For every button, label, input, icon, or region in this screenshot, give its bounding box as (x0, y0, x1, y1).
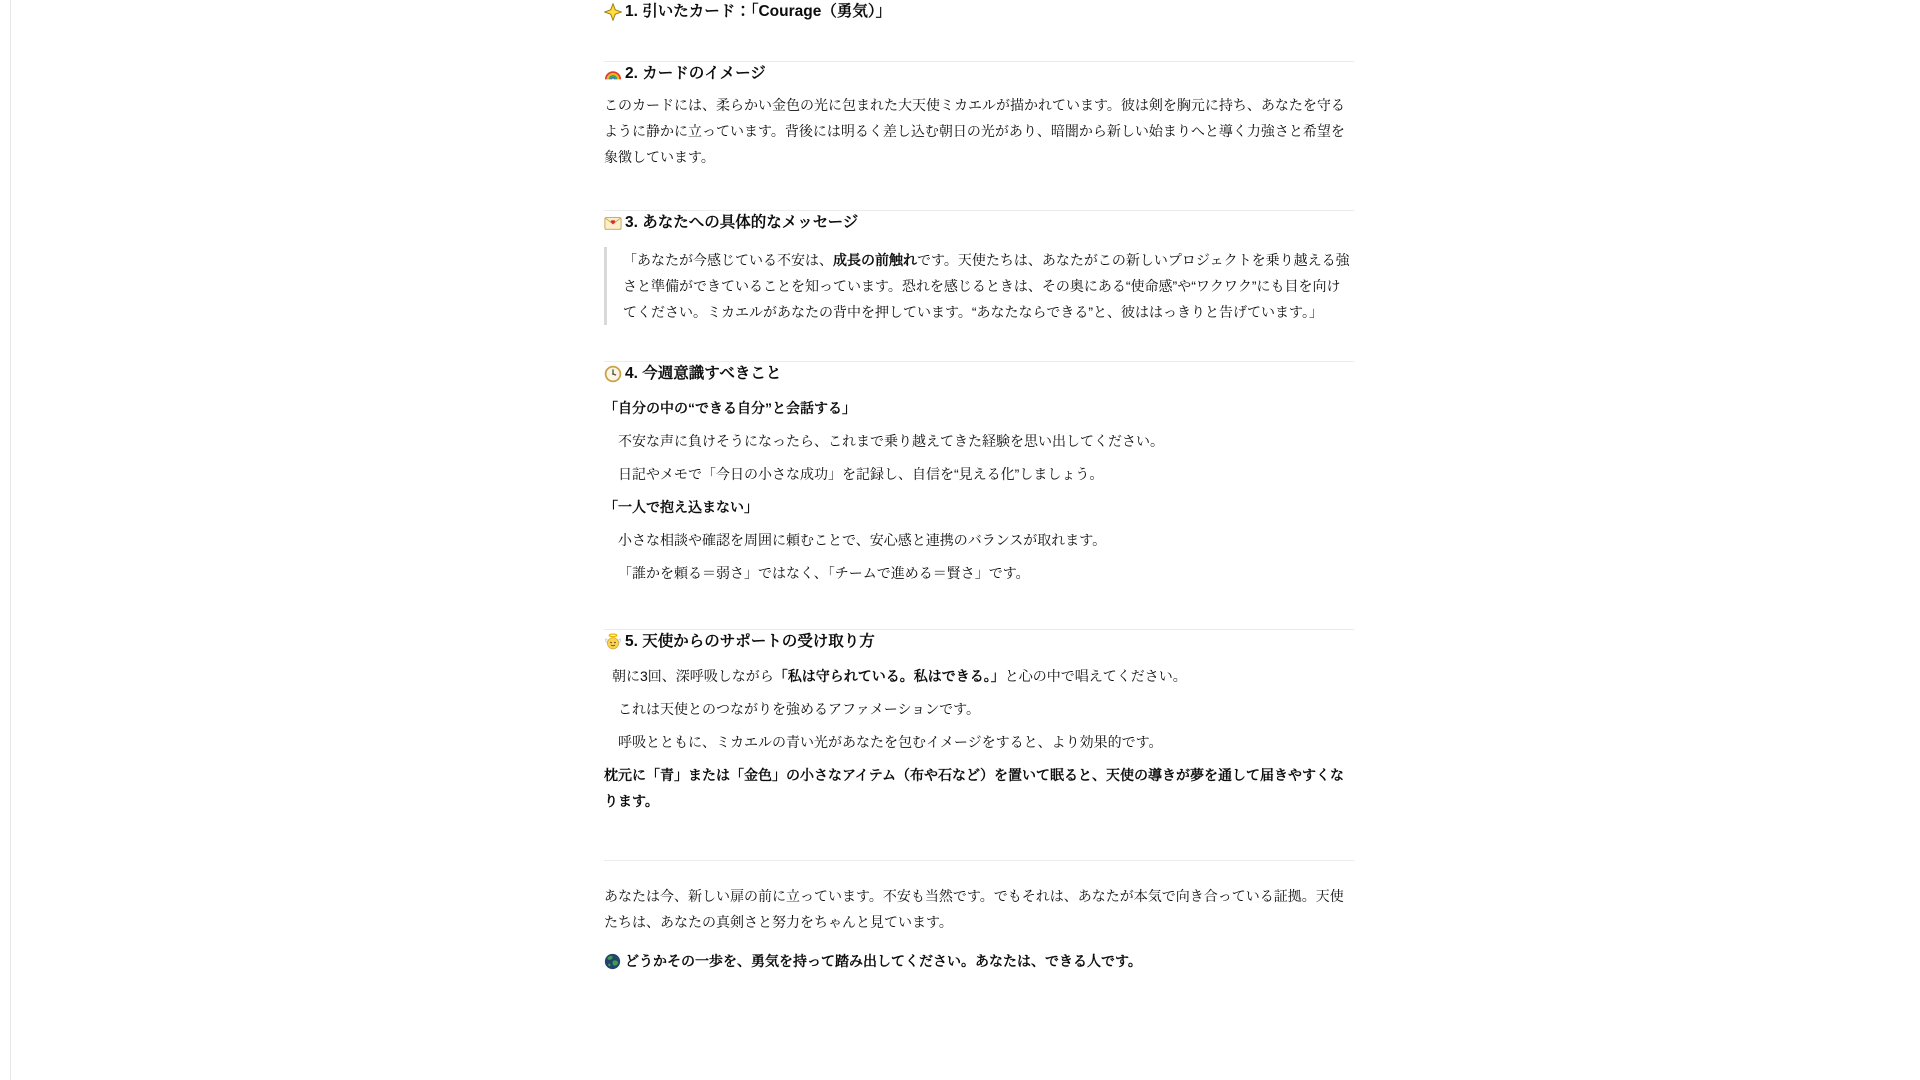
week-item: 日記やメモで「今日の小さな成功」を記録し、自信を“見える化”しましょう。 (604, 461, 1354, 487)
baby-angel-icon (604, 633, 622, 651)
section-heading-this-week: 4. 今週意識すべきこと (604, 362, 1354, 386)
card-image-paragraph: このカードには、柔らかい金色の光に包まれた大天使ミカエルが描かれています。彼は剣… (604, 92, 1354, 170)
window-left-edge (10, 0, 11, 1080)
divider (604, 860, 1354, 861)
blockquote-text: 「あなたが今感じている不安は、成長の前触れです。天使たちは、あなたがこの新しいプ… (623, 247, 1354, 325)
rainbow-icon (604, 65, 622, 83)
section-heading-text: 4. 今週意識すべきこと (625, 362, 781, 386)
closing-final-line: どうかその一歩を、勇気を持って踏み出してください。あなたは、できる人です。 (604, 948, 1354, 974)
support-item: これは天使とのつながりを強めるアファメーションです。 (604, 696, 1354, 722)
closing-final-text: どうかその一歩を、勇気を持って踏み出してください。あなたは、できる人です。 (625, 948, 1142, 974)
support-item: 朝に3回、深呼吸しながら「私は守られている。私はできる。」と心の中で唱えてくださ… (604, 663, 1354, 689)
message-content: 1. 引いたカード：「Courage（勇気）」 2. カードのイメージ このカー… (604, 0, 1354, 974)
section-heading-message: 3. あなたへの具体的なメッセージ (604, 211, 1354, 235)
section-heading-card-image: 2. カードのイメージ (604, 62, 1354, 86)
section-heading-text: 3. あなたへの具体的なメッセージ (625, 211, 858, 235)
message-blockquote: 「あなたが今感じている不安は、成長の前触れです。天使たちは、あなたがこの新しいプ… (604, 247, 1354, 325)
globe-icon (604, 953, 621, 970)
week-group-title: 「自分の中の“できる自分”と会話する」 (604, 395, 1354, 421)
clock-icon (604, 365, 622, 383)
section-heading-text: 5. 天使からのサポートの受け取り方 (625, 630, 875, 654)
section-heading-angel-support: 5. 天使からのサポートの受け取り方 (604, 630, 1354, 654)
week-group-title: 「一人で抱え込まない」 (604, 494, 1354, 520)
week-item: 不安な声に負けそうになったら、これまで乗り越えてきた経験を思い出してください。 (604, 428, 1354, 454)
section-heading-drawn-card: 1. 引いたカード：「Courage（勇気）」 (604, 0, 1354, 24)
week-item: 「誰かを頼る＝弱さ」ではなく、「チームで進める＝賢さ」です。 (604, 560, 1354, 586)
support-item: 呼吸とともに、ミカエルの青い光があなたを包むイメージをすると、より効果的です。 (604, 729, 1354, 755)
love-letter-icon (604, 214, 622, 232)
section-heading-text: 1. 引いたカード：「Courage（勇気）」 (625, 0, 891, 24)
closing-paragraph: あなたは今、新しい扉の前に立っています。不安も当然です。でもそれは、あなたが本気… (604, 883, 1354, 935)
support-item-bold: 枕元に「青」または「金色」の小さなアイテム（布や石など）を置いて眠ると、天使の導… (604, 762, 1354, 814)
week-item: 小さな相談や確認を周囲に頼むことで、安心感と連携のバランスが取れます。 (604, 527, 1354, 553)
glowing-star-icon (604, 3, 622, 21)
section-heading-text: 2. カードのイメージ (625, 62, 766, 86)
